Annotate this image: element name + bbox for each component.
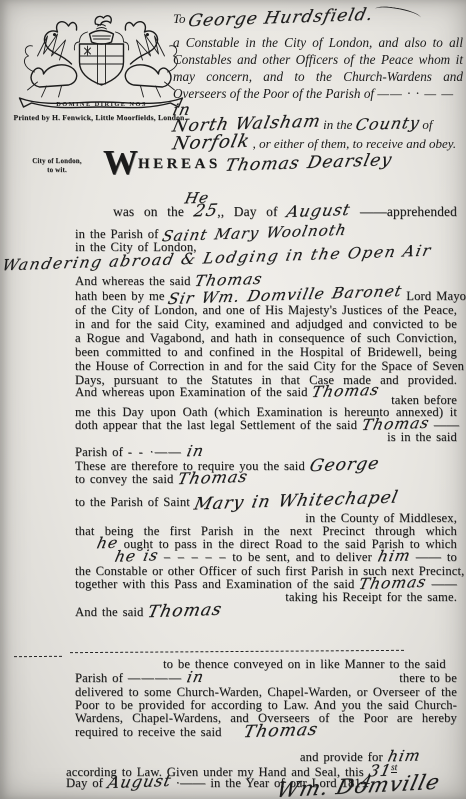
convey-pre: to convey the said [75,472,173,486]
flourish [375,5,422,22]
offence-hand: Wandering abroad & Lodging in the Open A… [1,245,433,274]
there-to-be: there to be [399,671,457,686]
settlement-parish-label: Parish of [75,445,123,459]
conviction-l2-pre: hath been by me [75,289,165,303]
parish-pre: in the Parish of [75,227,159,241]
conviction-line-2: hath been by me Sir Wm. Domville Baronet… [75,289,457,304]
conviction-line-3: of the City of London, and one of His Ma… [75,303,457,318]
whereas-caps: HEREAS [138,156,221,172]
printer-caption: Printed by H. Fenwick, Little Moorfields… [10,113,188,122]
parish-blank: —— · · — — [377,86,454,101]
onward-parish-blank: ———— [128,671,182,685]
city-of-london-arms: DOMINE DIRIGE NOS [12,12,192,112]
addressee-name: George Hurdsfield. [186,8,374,30]
drop-cap-w: W [103,143,138,182]
onward-parish-hand: in [185,671,205,685]
and-said-hand: Thomas [146,603,223,621]
parish-of-label: Overseers of the Poor of the Parish of [173,86,374,101]
together-pre: together with this Pass and Examination … [75,577,354,591]
conviction-l2-post: Lord Mayor [406,289,466,303]
signature-line: Wm. Domville [278,777,439,798]
dash-to: —— to [416,550,457,564]
settlement-parish-hand: in [185,445,205,459]
destination-line: to the Parish of Saint Mary in Whitechap… [75,494,457,510]
him-hand: him [376,549,412,564]
vagrancy-pass-document: DOMINE DIRIGE NOS Printed by H. Fenwick,… [0,0,466,799]
jurat-line-2: to wit. [28,167,86,176]
required-hand: Thomas [242,723,319,741]
jurat: City of London, to wit. [28,158,86,176]
conviction-line-4: in and for the said City, examined and a… [75,317,457,332]
address-line-3: may concern, and to the Church-Wardens a… [173,68,463,85]
sent-blank: – – – – – [164,550,227,564]
apprehended-label: ——apprehended [360,204,457,219]
is-in-said-line: is in the said [75,430,457,445]
county-hand: County [354,116,421,132]
settlement-parish-blank: - - ·—— [128,445,182,459]
apprehended-line: was on the 25,, Day of August ——apprehen… [113,204,457,220]
whereas-line: WHEREAS Thomas Dearsley [103,150,391,176]
county-post: of [422,117,432,132]
offence-line: Wandering abroad & Lodging in the Open A… [4,250,464,268]
receipt-line: taking his Receipt for the same. [75,590,457,605]
date-dash: ·—— [176,776,206,790]
month-hand: August [285,203,352,220]
onward-parish-line: Parish of ———— in there to be [75,671,457,686]
city-of-london-arms-icon: DOMINE DIRIGE NOS [12,12,190,112]
address-to-line: To George Hurdsfield. [173,8,463,27]
day-of-label-2: Day of [66,776,103,790]
address-line-2: Constables and other Officers of the Pea… [173,51,463,68]
county-pre: in the [323,117,352,132]
destination-pre: to the Parish of Saint [75,495,190,509]
required-pre: required to receive the said [75,725,222,739]
struck-out-line-start [14,656,62,657]
convey-line: to convey the said Thomas [75,471,457,487]
conviction-line-6: been committed to and confined in the Ho… [75,345,457,360]
struck-out-line [70,650,404,653]
address-block: To George Hurdsfield. a Constable in the… [173,8,463,152]
destination-hand: Mary in Whitechapel [192,490,399,512]
to-label: To [173,11,186,26]
to-be-sent-line: he is – – – – – to be sent, and to deliv… [75,550,457,565]
address-line-5: North Walsham in the County of [173,117,463,133]
month-hand-2: August [106,774,173,791]
lord-mayor-signature: Wm. Domville [275,773,442,799]
conviction-line-7: the House of Correction in and for the s… [75,359,457,374]
conviction-line-5: a Rogue and Vagabond, and hath in conseq… [75,331,457,346]
to-be-sent-text: to be sent, and to deliver [232,550,372,564]
address-line-1: a Constable in the City of London, and a… [173,34,463,51]
together-dash: —— [432,577,458,591]
onward-parish-label: Parish of [75,671,123,685]
day-of-label: Day of [234,204,278,219]
day-number-hand: 25 [192,204,219,220]
onward-parish-left: Parish of ———— in [75,671,204,686]
subject-name: Thomas Dearsley [223,153,393,174]
was-on-label: was on the [113,204,184,219]
arms-motto: DOMINE DIRIGE NOS [56,101,147,108]
and-said-pre: And the said [75,605,143,619]
obey-text: , or either of them, to receive and obey… [253,136,457,151]
required-line: required to receive the said Thomas [75,724,457,740]
jurat-line-1: City of London, [28,158,86,167]
convey-hand-thomas: Thomas [176,470,249,487]
he-is-hand: he is [113,549,159,564]
and-said-line: And the said Thomas [75,604,457,620]
conviction-l1-pre: And whereas the said [75,274,191,288]
